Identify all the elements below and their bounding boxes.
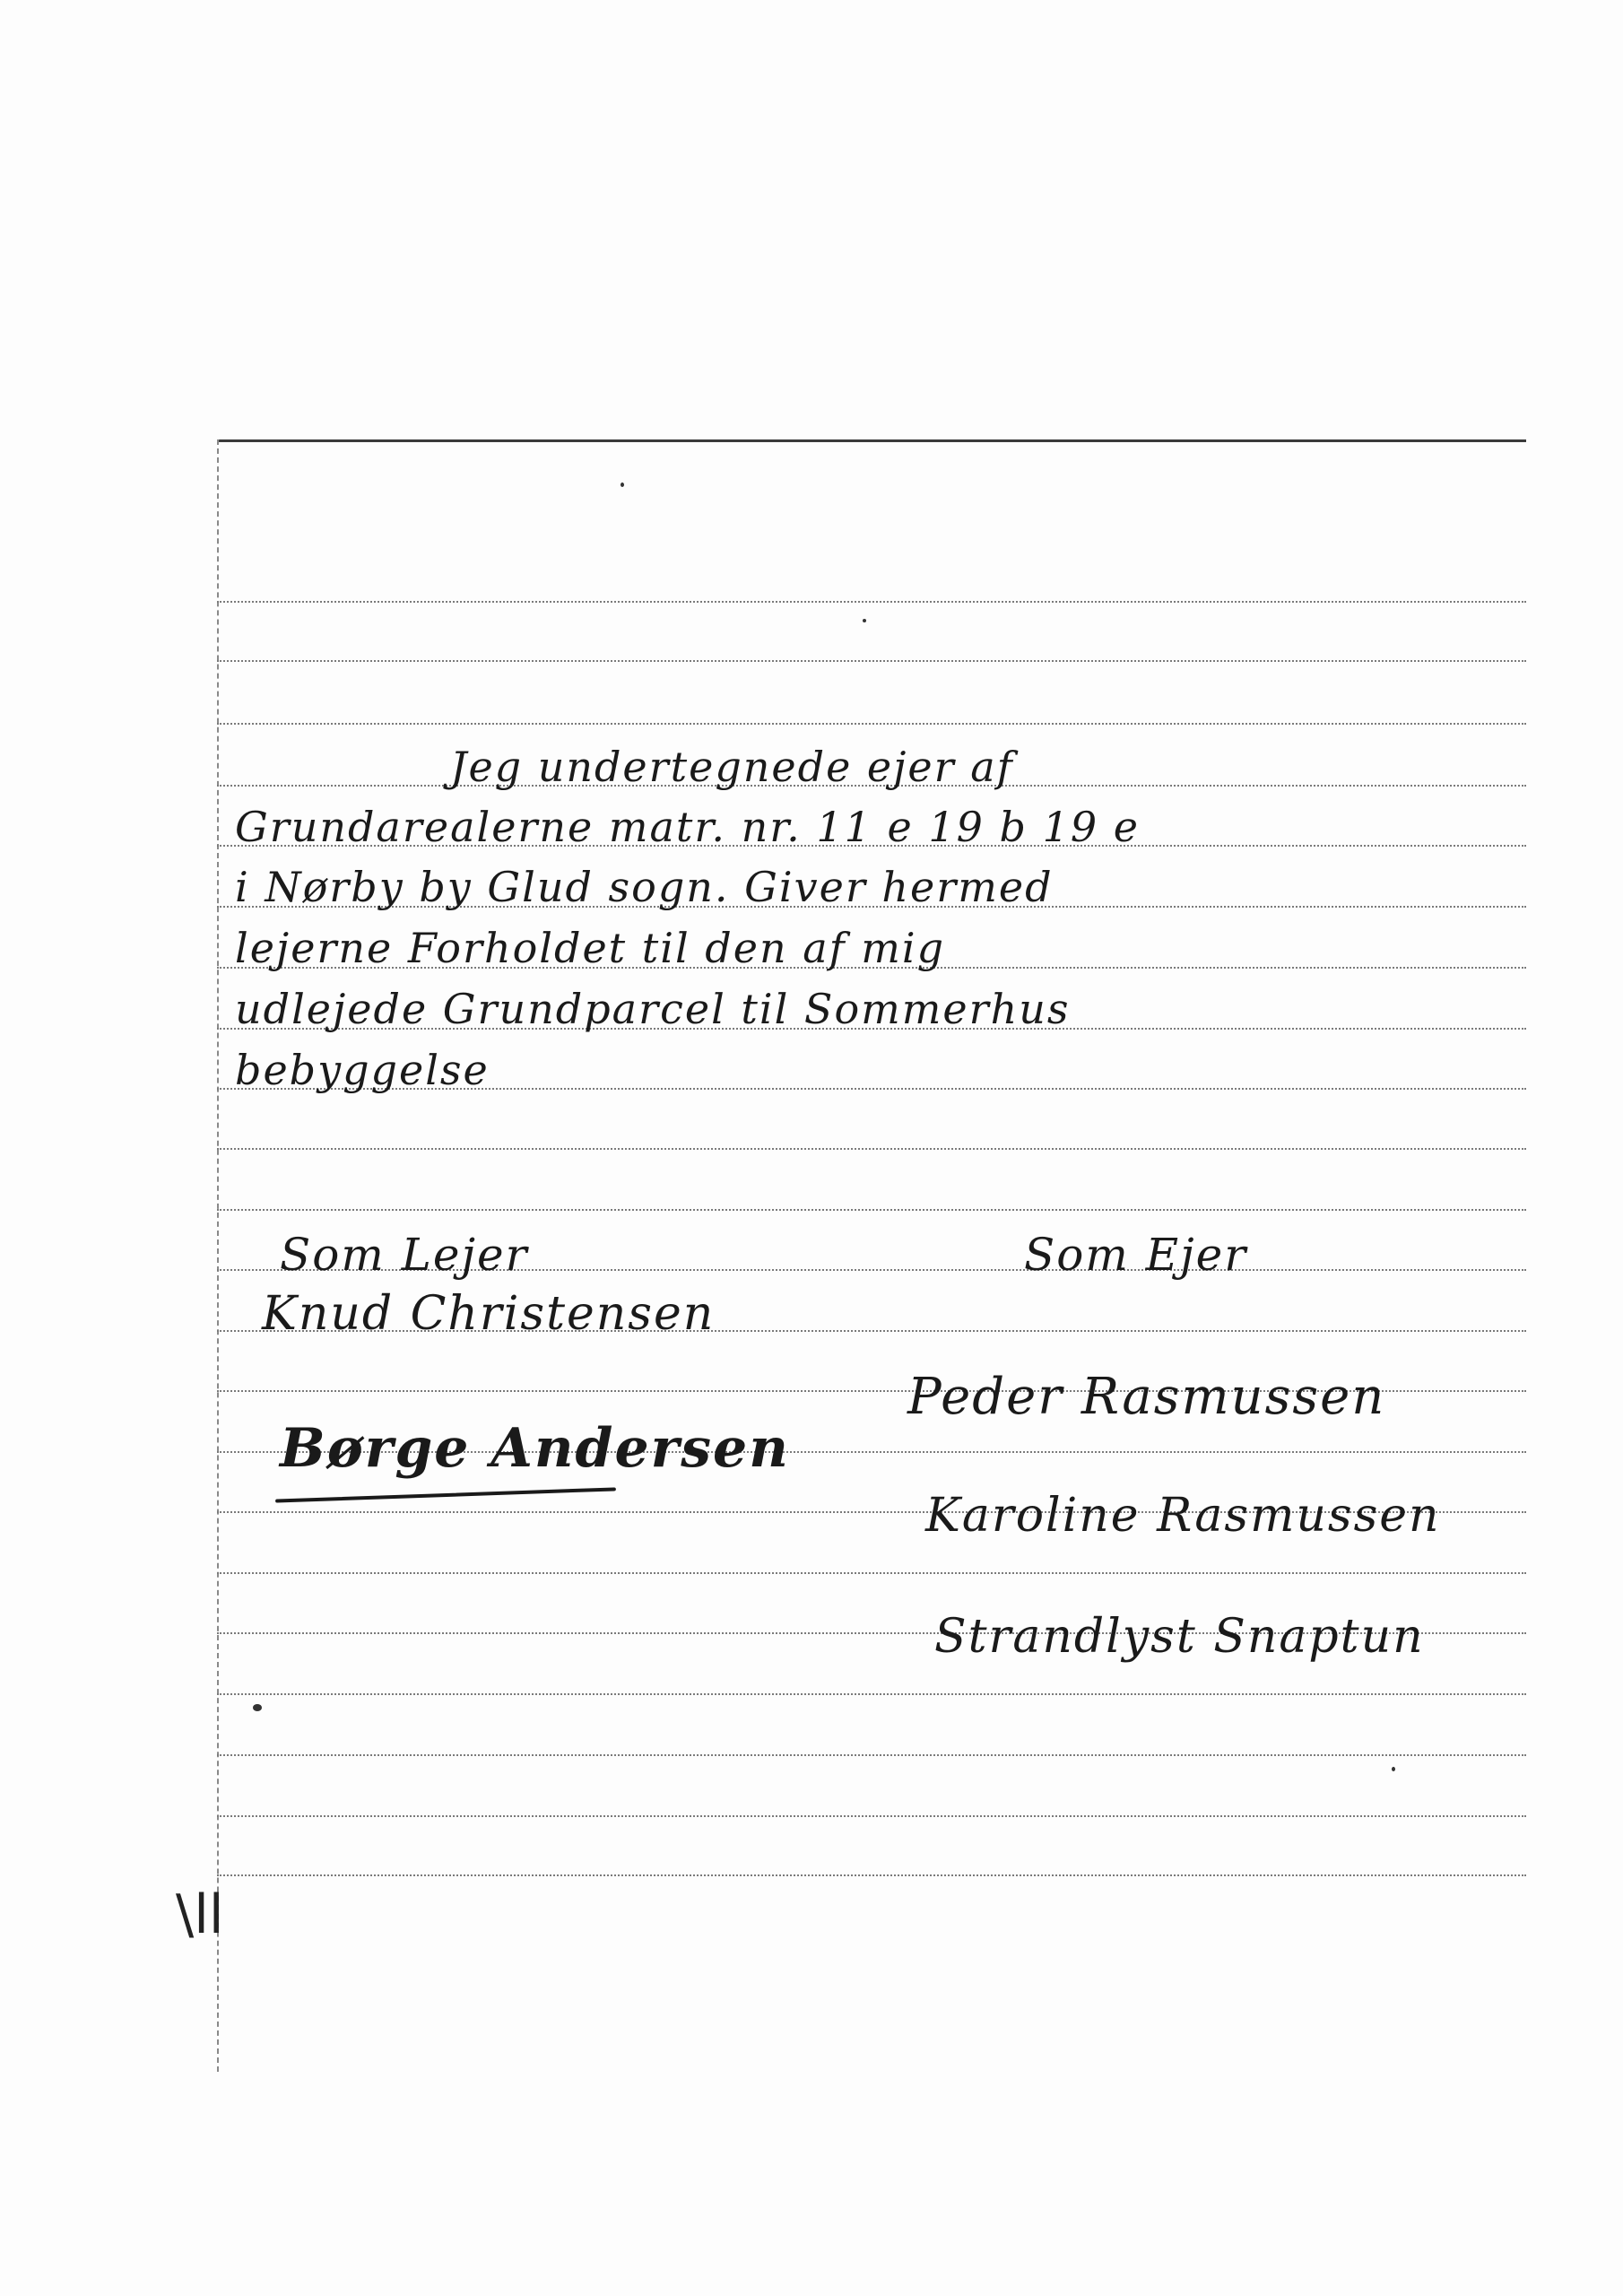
scan-speck [621,483,624,487]
sheet-left-edge [217,439,219,2072]
body-line-5: udlejede Grundparcel til Sommerhus [235,985,1070,1033]
body-line-6: bebyggelse [235,1046,490,1094]
lessee-signature-2: Børge Andersen [280,1417,790,1480]
ruled-line [217,1874,1526,1876]
ruled-line [217,1209,1526,1211]
body-line-4: lejerne Forholdet til den af mig [235,924,945,972]
lessee-label: Som Lejer [280,1229,528,1281]
ruled-sheet: Jeg undertegnede ejer af Grundarealerne … [217,439,1526,2072]
ruled-line [217,723,1526,725]
ruled-line [217,660,1526,662]
signature-flourish [275,1487,616,1502]
owner-signature-1: Peder Rasmussen [907,1368,1385,1426]
ruled-line [217,1754,1526,1756]
body-line-2: Grundarealerne matr. nr. 11 e 19 b 19 e [235,803,1140,851]
scan-speck [1392,1767,1395,1771]
owner-signature-2: Karoline Rasmussen [925,1489,1441,1543]
scan-speck [863,619,866,622]
body-line-3: i Nørby by Glud sogn. Giver hermed [235,863,1054,911]
ruled-line [217,1148,1526,1150]
ruled-line [217,1693,1526,1695]
owner-signature-3: Strandlyst Snaptun [934,1610,1425,1664]
sheet-top-edge [217,439,1526,442]
scan-speck [253,1704,262,1711]
ruled-line [217,1815,1526,1817]
lessee-signature-1: Knud Christensen [262,1287,715,1341]
body-line-1: Jeg undertegnede ejer af [450,743,1014,791]
ruled-line [217,601,1526,603]
margin-mark: \ll [176,1883,224,1946]
ruled-line [217,1572,1526,1574]
owner-label: Som Ejer [1024,1229,1247,1281]
scanned-page: Jeg undertegnede ejer af Grundarealerne … [0,0,1623,2296]
